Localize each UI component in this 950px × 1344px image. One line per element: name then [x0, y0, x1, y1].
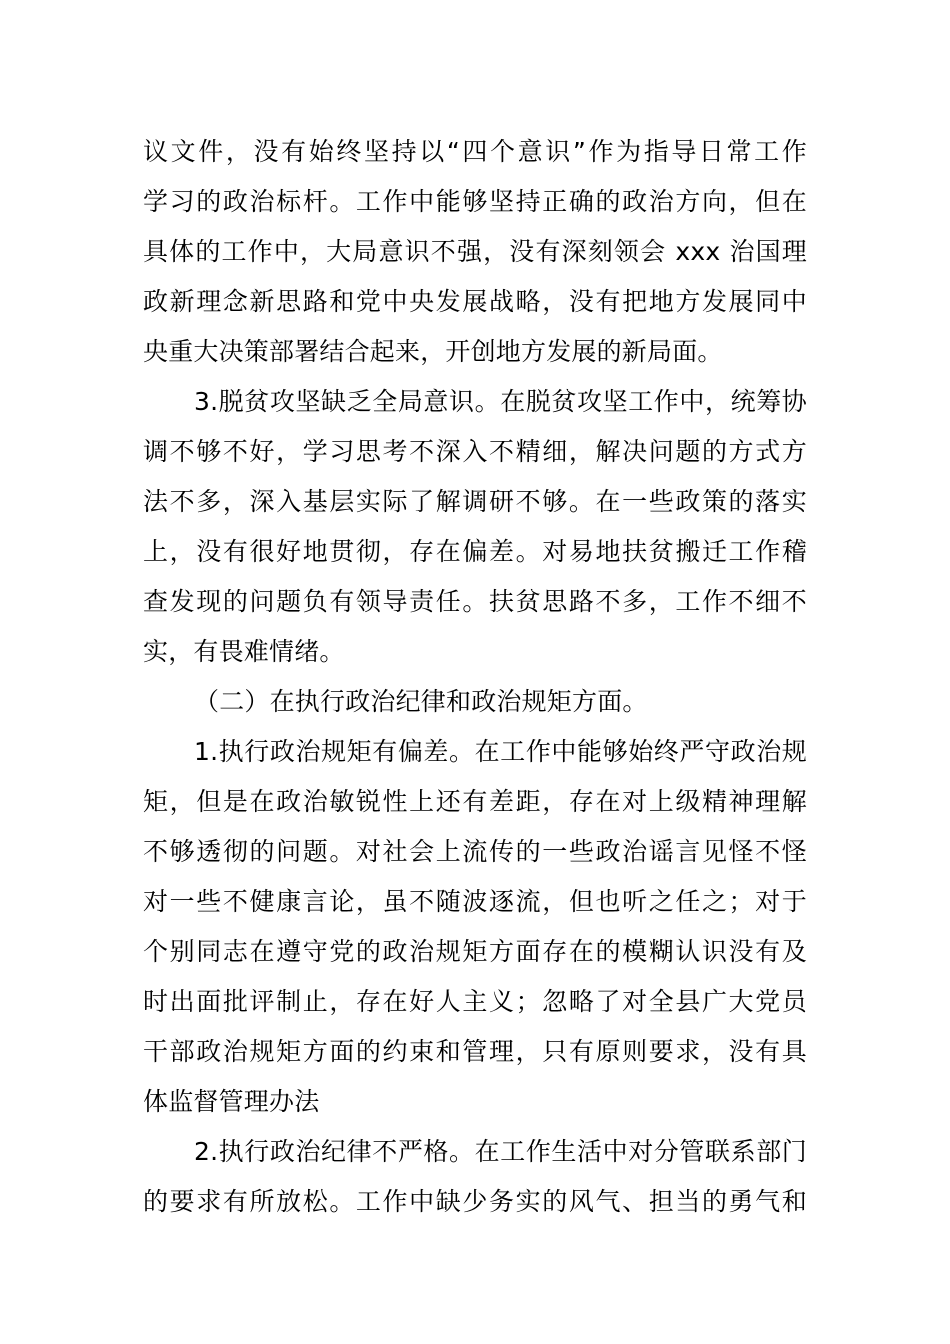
- text-line: 干部政治规矩方面的约束和管理，只有原则要求，没有具: [143, 1027, 807, 1077]
- text-line: 议文件，没有始终坚持以“四个意识”作为指导日常工作: [143, 127, 807, 177]
- text-line: 实，有畏难情绪。: [143, 627, 807, 677]
- text-line: 个别同志在遵守党的政治规矩方面存在的模糊认识没有及: [143, 927, 807, 977]
- text-line: 体监督管理办法: [143, 1077, 807, 1127]
- list-item-heading: 3.脱贫攻坚缺乏全局意识。在脱贫攻坚工作中，统筹协: [143, 377, 807, 427]
- list-item-heading: 2.执行政治纪律不严格。在工作生活中对分管联系部门: [143, 1127, 807, 1177]
- section-heading: （二）在执行政治纪律和政治规矩方面。: [143, 677, 807, 727]
- text-line: 不够透彻的问题。对社会上流传的一些政治谣言见怪不怪: [143, 827, 807, 877]
- list-item-heading: 1.执行政治规矩有偏差。在工作中能够始终严守政治规: [143, 727, 807, 777]
- document-page: 议文件，没有始终坚持以“四个意识”作为指导日常工作 学习的政治标杆。工作中能够坚…: [143, 127, 807, 1227]
- text-line: 调不够不好，学习思考不深入不精细，解决问题的方式方: [143, 427, 807, 477]
- text-line: 矩，但是在政治敏锐性上还有差距，存在对上级精神理解: [143, 777, 807, 827]
- text-line: 学习的政治标杆。工作中能够坚持正确的政治方向，但在: [143, 177, 807, 227]
- text-line: 央重大决策部署结合起来，开创地方发展的新局面。: [143, 327, 807, 377]
- text-line: 上，没有很好地贯彻，存在偏差。对易地扶贫搬迁工作稽: [143, 527, 807, 577]
- text-line: 法不多，深入基层实际了解调研不够。在一些政策的落实: [143, 477, 807, 527]
- text-line: 的要求有所放松。工作中缺少务实的风气、担当的勇气和: [143, 1177, 807, 1227]
- text-line: 对一些不健康言论，虽不随波逐流，但也听之任之；对于: [143, 877, 807, 927]
- text-line: 政新理念新思路和党中央发展战略，没有把地方发展同中: [143, 277, 807, 327]
- text-line: 时出面批评制止，存在好人主义；忽略了对全县广大党员: [143, 977, 807, 1027]
- text-line: 具体的工作中，大局意识不强，没有深刻领会 xxx 治国理: [143, 227, 807, 277]
- text-line: 查发现的问题负有领导责任。扶贫思路不多，工作不细不: [143, 577, 807, 627]
